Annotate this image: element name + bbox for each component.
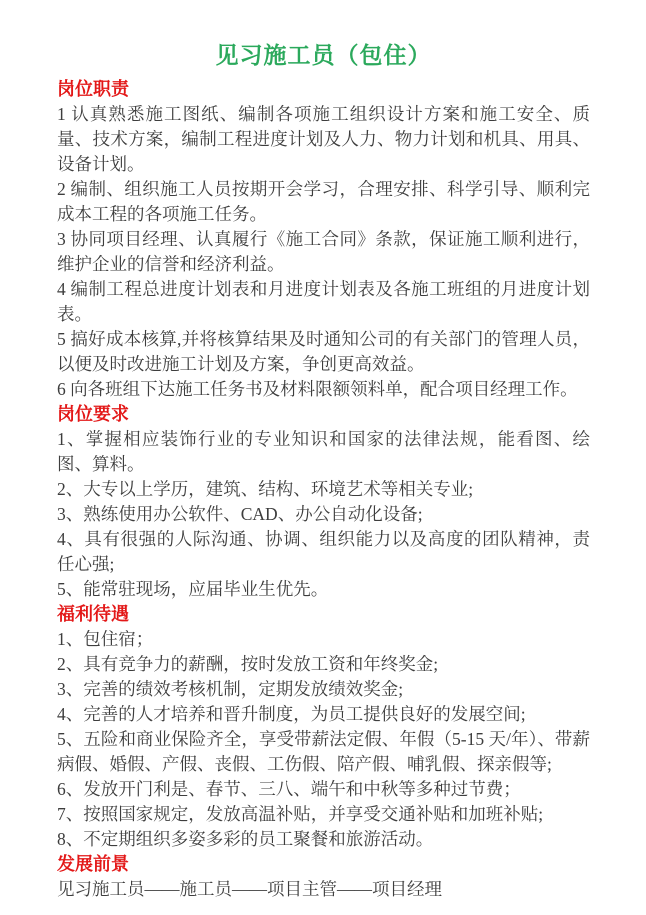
document-body: 岗位职责1 认真熟悉施工图纸、编制各项施工组织设计方案和施工安全、质量、技术方案… <box>57 77 590 902</box>
section-item: 7、按照国家规定，发放高温补贴，并享受交通补贴和加班补贴; <box>57 802 590 827</box>
section-item: 6 向各班组下达施工任务书及材料限额领料单，配合项目经理工作。 <box>57 377 590 402</box>
section-item: 1、掌握相应装饰行业的专业知识和国家的法律法规，能看图、绘图、算料。 <box>57 427 590 477</box>
section-item: 3、熟练使用办公软件、CAD、办公自动化设备; <box>57 502 590 527</box>
document-section: 福利待遇1、包住宿；2、具有竞争力的薪酬，按时发放工资和年终奖金;3、完善的绩效… <box>57 602 590 852</box>
section-header: 福利待遇 <box>57 602 590 627</box>
section-item: 5、能常驻现场，应届毕业生优先。 <box>57 577 590 602</box>
section-item: 4 编制工程总进度计划表和月进度计划表及各施工班组的月进度计划表。 <box>57 277 590 327</box>
section-item: 1、包住宿； <box>57 627 590 652</box>
section-item: 4、具有很强的人际沟通、协调、组织能力以及高度的团队精神，责任心强; <box>57 527 590 577</box>
section-header: 岗位要求 <box>57 402 590 427</box>
section-item: 5 搞好成本核算,并将核算结果及时通知公司的有关部门的管理人员，以便及时改进施工… <box>57 327 590 377</box>
section-item: 2、具有竞争力的薪酬，按时发放工资和年终奖金; <box>57 652 590 677</box>
section-item: 4、完善的人才培养和晋升制度，为员工提供良好的发展空间; <box>57 702 590 727</box>
section-header: 岗位职责 <box>57 77 590 102</box>
section-item: 8、不定期组织多姿多彩的员工聚餐和旅游活动。 <box>57 827 590 852</box>
section-header: 发展前景 <box>57 852 590 877</box>
document-section: 岗位要求1、掌握相应装饰行业的专业知识和国家的法律法规，能看图、绘图、算料。2、… <box>57 402 590 602</box>
section-item: 见习施工员——施工员——项目主管——项目经理 <box>57 877 590 902</box>
section-item: 2、大专以上学历，建筑、结构、环境艺术等相关专业; <box>57 477 590 502</box>
section-item: 5、五险和商业保险齐全，享受带薪法定假、年假（5-15 天/年）、带薪病假、婚假… <box>57 727 590 777</box>
section-item: 1 认真熟悉施工图纸、编制各项施工组织设计方案和施工安全、质量、技术方案，编制工… <box>57 102 590 177</box>
document-section: 发展前景见习施工员——施工员——项目主管——项目经理 <box>57 852 590 902</box>
document-section: 岗位职责1 认真熟悉施工图纸、编制各项施工组织设计方案和施工安全、质量、技术方案… <box>57 77 590 402</box>
page-title: 见习施工员（包住） <box>57 40 590 72</box>
document-page: 见习施工员（包住） 岗位职责1 认真熟悉施工图纸、编制各项施工组织设计方案和施工… <box>0 0 646 915</box>
section-item: 6、发放开门利是、春节、三八、端午和中秋等多种过节费； <box>57 777 590 802</box>
section-item: 3 协同项目经理、认真履行《施工合同》条款，保证施工顺利进行，维护企业的信誉和经… <box>57 227 590 277</box>
section-item: 2 编制、组织施工人员按期开会学习，合理安排、科学引导、顺利完成本工程的各项施工… <box>57 177 590 227</box>
section-item: 3、完善的绩效考核机制，定期发放绩效奖金; <box>57 677 590 702</box>
